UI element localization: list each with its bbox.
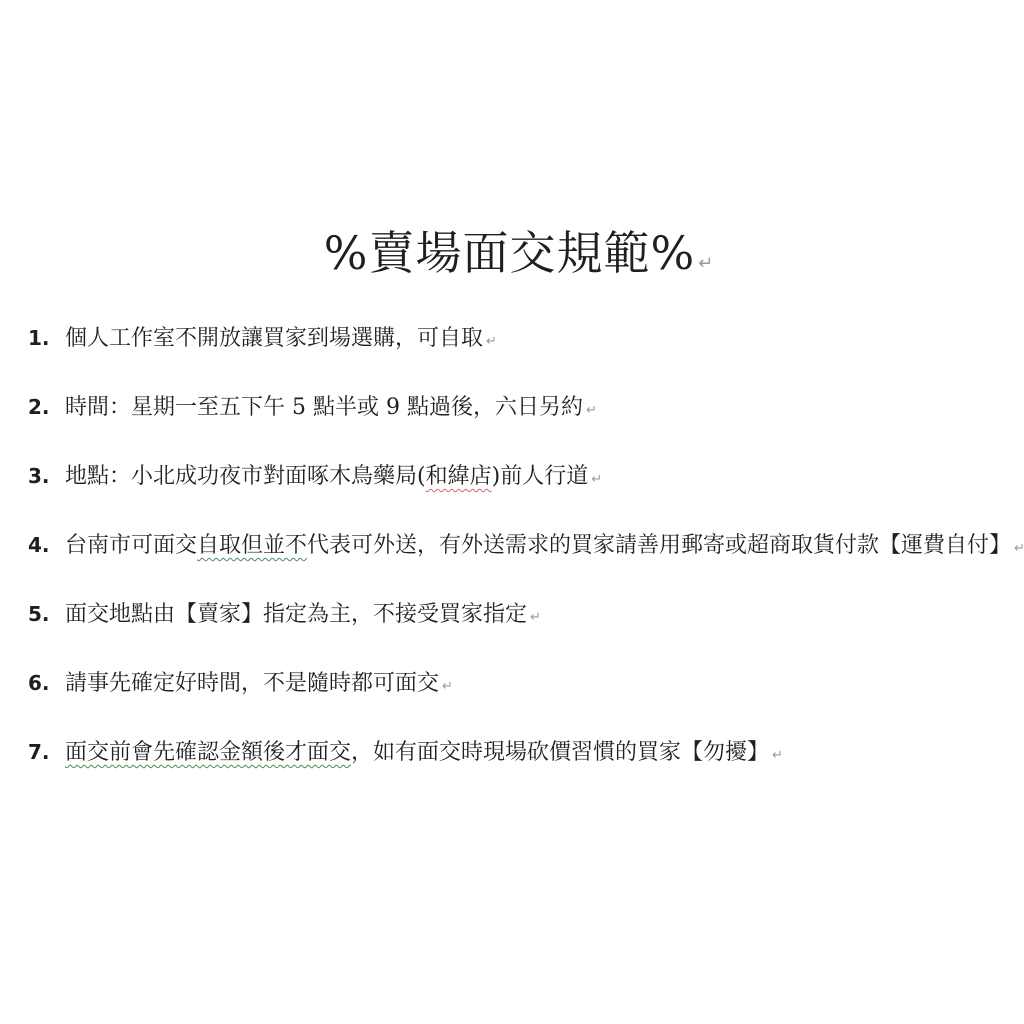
list-item: 5.面交地點由【賣家】指定為主，不接受買家指定↵ [28, 599, 1024, 633]
list-item-text: 請事先確定好時間，不是隨時都可面交↵ [65, 669, 453, 702]
page-title: %賣場面交規範%↵ [14, 226, 1024, 281]
list-item-text-post: ，如有面交時現場砍價習慣的買家【勿擾】 [351, 740, 769, 765]
list-item-text-post: 代表可外送，有外送需求的買家請善用郵寄或超商取貨付款【運費自付】 [307, 533, 1011, 558]
list-item: 3.地點：小北成功夜市對面啄木鳥藥局(和緯店)前人行道↵ [28, 461, 1024, 495]
grammar-underlined-text: 面交前會先確認金額後才面交 [65, 740, 351, 765]
list-item-text-post: )前人行道 [492, 464, 589, 489]
list-item-number: 1. [28, 323, 65, 353]
list-item-text: 台南市可面交自取但並不代表可外送，有外送需求的買家請善用郵寄或超商取貨付款【運費… [65, 531, 1024, 564]
document-page: %賣場面交規範%↵ 1.個人工作室不開放讓買家到場選購，可自取↵ 2.時間：星期… [0, 0, 1024, 1024]
spellcheck-underlined-text: 和緯店 [426, 464, 492, 489]
list-item-text-pre: 地點：小北成功夜市對面啄木鳥藥局( [65, 464, 426, 489]
paragraph-mark: ↵ [1014, 541, 1024, 556]
rules-list: 1.個人工作室不開放讓買家到場選購，可自取↵ 2.時間：星期一至五下午 5 點半… [0, 323, 1024, 771]
paragraph-mark: ↵ [698, 253, 714, 274]
list-item-text: 地點：小北成功夜市對面啄木鳥藥局(和緯店)前人行道↵ [65, 462, 602, 495]
list-item-number: 7. [28, 737, 65, 767]
list-item-number: 6. [28, 668, 65, 698]
list-item-number: 3. [28, 461, 65, 491]
list-item-text: 面交地點由【賣家】指定為主，不接受買家指定↵ [65, 600, 541, 633]
list-item-text: 時間：星期一至五下午 5 點半或 9 點過後，六日另約↵ [65, 393, 597, 426]
list-item-text-pre: 個人工作室不開放讓買家到場選購，可自取 [65, 326, 483, 351]
grammar-underlined-text: 自取但並不 [197, 533, 307, 558]
list-item-text-pre: 請事先確定好時間，不是隨時都可面交 [65, 671, 439, 696]
paragraph-mark: ↵ [486, 334, 497, 349]
list-item-text: 個人工作室不開放讓買家到場選購，可自取↵ [65, 324, 497, 357]
list-item: 2.時間：星期一至五下午 5 點半或 9 點過後，六日另約↵ [28, 392, 1024, 426]
page-title-text: %賣場面交規範% [324, 226, 695, 280]
list-item-number: 4. [28, 530, 65, 560]
list-item: 6.請事先確定好時間，不是隨時都可面交↵ [28, 668, 1024, 702]
list-item: 1.個人工作室不開放讓買家到場選購，可自取↵ [28, 323, 1024, 357]
paragraph-mark: ↵ [772, 748, 783, 763]
list-item-text-pre: 面交地點由【賣家】指定為主，不接受買家指定 [65, 602, 527, 627]
list-item-text-pre: 時間：星期一至五下午 5 點半或 9 點過後，六日另約 [65, 395, 583, 420]
paragraph-mark: ↵ [442, 679, 453, 694]
paragraph-mark: ↵ [530, 610, 541, 625]
paragraph-mark: ↵ [591, 472, 602, 487]
list-item-text-pre: 台南市可面交 [65, 533, 197, 558]
list-item-number: 2. [28, 392, 65, 422]
list-item: 7.面交前會先確認金額後才面交，如有面交時現場砍價習慣的買家【勿擾】↵ [28, 737, 1024, 771]
list-item-number: 5. [28, 599, 65, 629]
list-item-text: 面交前會先確認金額後才面交，如有面交時現場砍價習慣的買家【勿擾】↵ [65, 738, 783, 771]
list-item: 4.台南市可面交自取但並不代表可外送，有外送需求的買家請善用郵寄或超商取貨付款【… [28, 530, 1024, 564]
paragraph-mark: ↵ [586, 403, 597, 418]
